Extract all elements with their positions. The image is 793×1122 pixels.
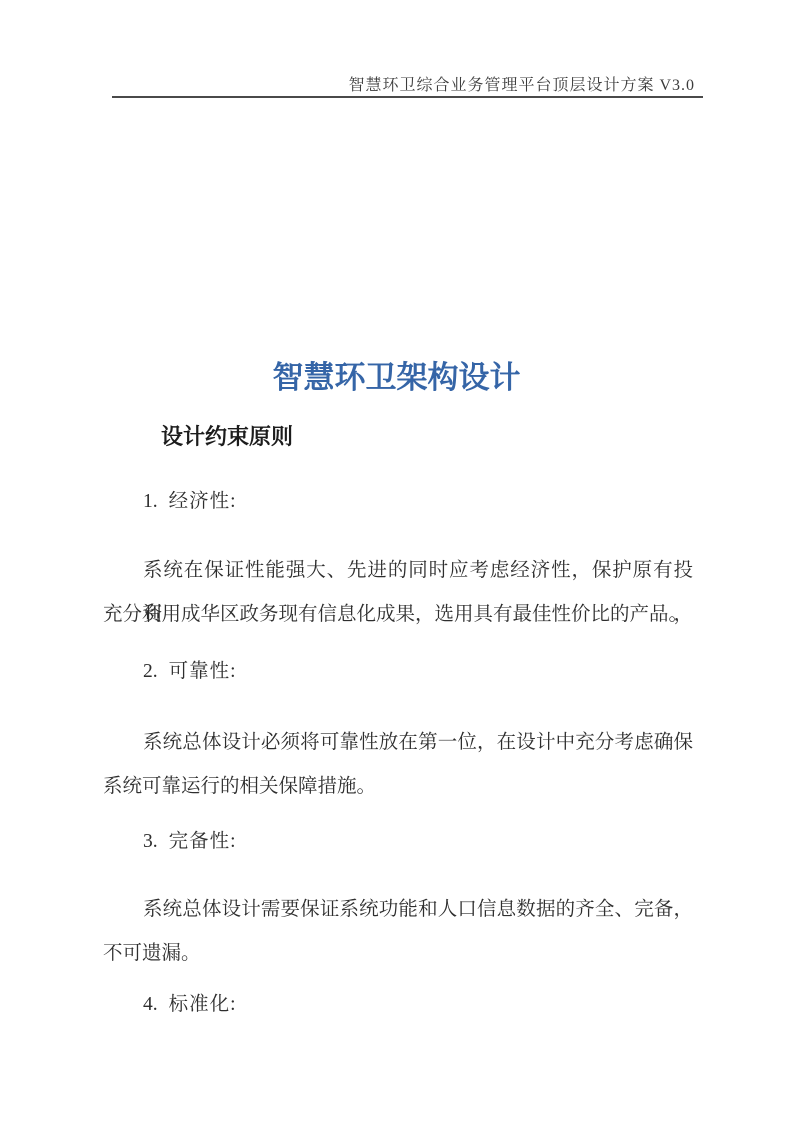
item-label: 经济性: — [169, 480, 237, 524]
item-number: 3. — [143, 820, 158, 864]
paragraph-completeness: 系统总体设计需要保证系统功能和人口信息数据的齐全、完备， 不可遗漏。 — [103, 888, 693, 976]
list-item-economy: 1.经济性: — [143, 480, 237, 524]
section-heading-design-constraints: 设计约束原则 — [161, 424, 293, 450]
item-number: 4. — [143, 983, 158, 1027]
paragraph-line: 系统在保证性能强大、先进的同时应考虑经济性，保护原有投资， — [103, 549, 693, 593]
document-title: 智慧环卫架构设计 — [0, 360, 793, 396]
paragraph-reliability: 系统总体设计必须将可靠性放在第一位，在设计中充分考虑确保 系统可靠运行的相关保障… — [103, 721, 693, 809]
page-header-title: 智慧环卫综合业务管理平台顶层设计方案 V3.0 — [348, 72, 695, 95]
paragraph-line: 不可遗漏。 — [103, 932, 693, 976]
document-page: 智慧环卫综合业务管理平台顶层设计方案 V3.0 智慧环卫架构设计 设计约束原则 … — [0, 0, 793, 1122]
paragraph-line: 系统可靠运行的相关保障措施。 — [103, 765, 693, 809]
header-rule — [112, 96, 703, 98]
list-item-reliability: 2.可靠性: — [143, 650, 237, 694]
paragraph-economy: 系统在保证性能强大、先进的同时应考虑经济性，保护原有投资， 充分利用成华区政务现… — [103, 549, 693, 637]
item-label: 完备性: — [169, 820, 237, 864]
item-label: 标准化: — [169, 983, 237, 1027]
paragraph-line: 系统总体设计需要保证系统功能和人口信息数据的齐全、完备， — [103, 888, 693, 932]
item-number: 1. — [143, 480, 158, 524]
paragraph-line: 充分利用成华区政务现有信息化成果，选用具有最佳性价比的产品。 — [103, 593, 693, 637]
item-label: 可靠性: — [169, 650, 237, 694]
list-item-completeness: 3.完备性: — [143, 820, 237, 864]
item-number: 2. — [143, 650, 158, 694]
paragraph-line: 系统总体设计必须将可靠性放在第一位，在设计中充分考虑确保 — [103, 721, 693, 765]
list-item-standardization: 4.标准化: — [143, 983, 237, 1027]
